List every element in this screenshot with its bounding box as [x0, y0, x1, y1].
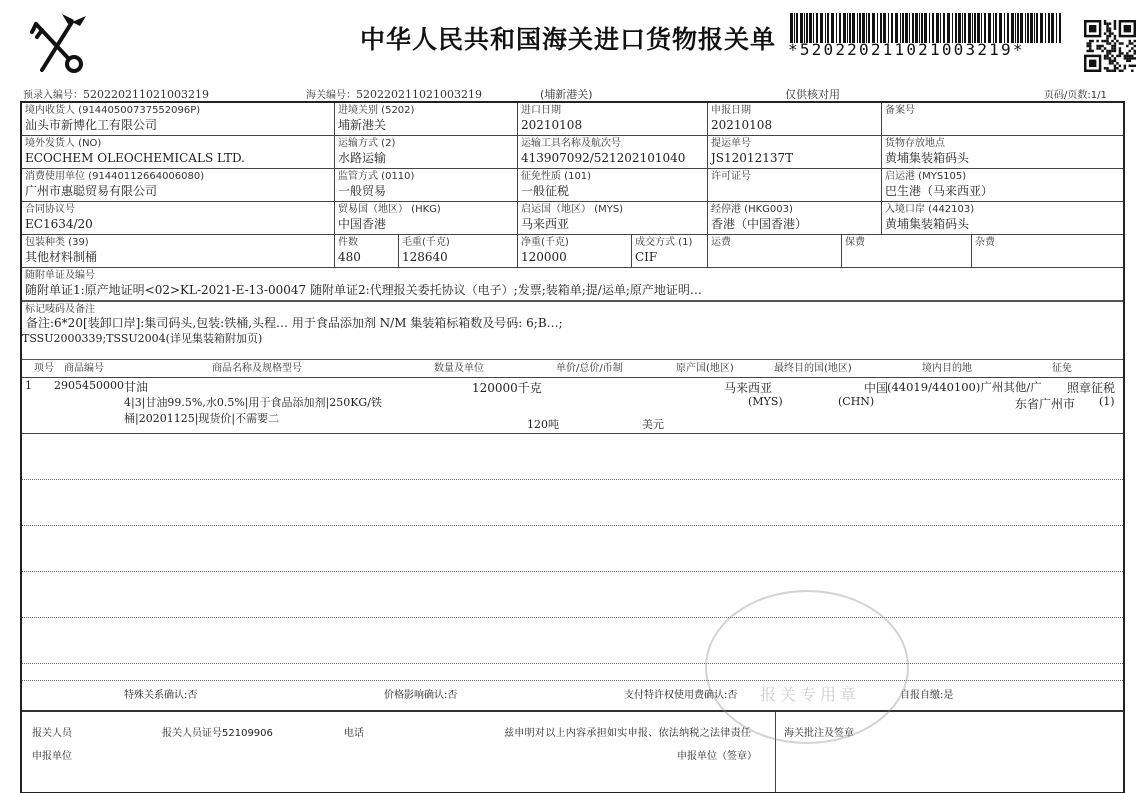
goods-header-cell: 原产国(地区) — [676, 360, 734, 377]
bill-of-lading-cell: 提运单号JS12012137T — [708, 136, 882, 168]
declare-date-label: 申报日期 — [711, 104, 878, 117]
entry-port-cell: 入境口岸 (442103)黄埔集装箱码头 — [882, 202, 1123, 234]
goods-empty-row — [22, 618, 1123, 664]
consumer-unit-value: 广州市惠聪贸易有限公司 — [25, 183, 331, 200]
item-name: 甘油 — [124, 378, 148, 395]
declaring-unit-seal: 申报单位（签章） — [677, 747, 757, 762]
import-date-value: 20210108 — [521, 117, 704, 134]
item-qty-declared: 120吨 — [527, 416, 559, 432]
stamp-text: 报关专用章 — [760, 682, 860, 705]
levy-nature-cell: 征免性质 (101)一般征税 — [518, 169, 708, 201]
stopover-port-value: 香港（中国香港） — [711, 216, 878, 233]
goods-header-cell: 项号 — [34, 360, 54, 377]
trade-country-label: 贸易国（地区） (HKG) — [338, 203, 514, 216]
departure-country-label: 启运国（地区） (MYS) — [521, 203, 704, 216]
goods-header-cell: 商品名称及规格型号 — [212, 360, 302, 377]
consignee-label: 境内收货人 (91440500737552096P) — [25, 104, 331, 117]
levy-nature-value: 一般征税 — [521, 183, 704, 200]
record-no-label: 备案号 — [885, 104, 1120, 117]
stopover-port-cell: 经停港 (HKG003)香港（中国香港） — [708, 202, 882, 234]
entry-customs-cell: 进境关别 (5202)埔新港关 — [335, 103, 518, 135]
item-origin: 马来西亚 — [724, 379, 772, 396]
stopover-port-label: 经停港 (HKG003) — [711, 203, 878, 216]
misc-fee-cell: 杂费 — [972, 235, 1123, 267]
item-code: 2905450000 — [54, 379, 124, 392]
marks-line-1: 备注:6*20[装卸口岸]:集司码头,包装:铁桶,头程… 用于食品添加剂 N/M… — [22, 316, 1123, 331]
consumer-unit-cell: 消费使用单位 (91440112664006080)广州市惠聪贸易有限公司 — [22, 169, 335, 201]
item-currency: 美元 — [642, 416, 664, 432]
vessel-voyage-value: 413907092/521202101040 — [521, 150, 704, 167]
special-relation-confirm: 特殊关系确认:否 — [124, 681, 384, 710]
contract-no-cell: 合同协议号EC1634/20 — [22, 202, 335, 234]
item-origin-code: (MYS) — [748, 395, 783, 408]
attached-docs-row: 随附单证及编号随附单证1:原产地证明<02>KL-2021-E-13-00047… — [22, 268, 1123, 302]
goods-empty-row — [22, 434, 1123, 480]
transaction-mode-cell: 成交方式 (1)CIF — [632, 235, 708, 267]
supervision-mode-label: 监管方式 (0110) — [338, 170, 514, 183]
overseas-shipper-cell: 境外发货人 (NO)ECOCHEM OLEOCHEMICALS LTD. — [22, 136, 335, 168]
contract-no-label: 合同协议号 — [25, 203, 331, 216]
record-no-cell: 备案号 — [882, 103, 1123, 135]
license-no-label: 许可证号 — [711, 170, 878, 183]
trade-country-value: 中国香港 — [338, 216, 514, 233]
departure-port-cell: 启运港 (MYS105)巴生港（马来西亚） — [882, 169, 1123, 201]
attached-docs-value: 随附单证1:原产地证明<02>KL-2021-E-13-00047 随附单证2:… — [25, 282, 1120, 299]
pieces-cell: 件数480 — [335, 235, 399, 267]
vessel-voyage-cell: 运输工具名称及航次号413907092/521202101040 — [518, 136, 708, 168]
document-title: 中华人民共和国海关进口货物报关单 — [360, 20, 776, 56]
form-row: 消费使用单位 (91440112664006080)广州市惠聪贸易有限公司监管方… — [22, 169, 1123, 202]
declaration-form: 境内收货人 (91440500737552096P)汕头市新博化工有限公司进境关… — [20, 101, 1125, 793]
phone-label: 电话 — [344, 724, 364, 739]
form-row-package: 包装种类 (39)其他材料制桶 件数480 毛重(千克)128640 净重(千克… — [22, 235, 1123, 268]
item-levy-code: (1) — [1099, 395, 1115, 408]
freight-cell: 运费 — [708, 235, 842, 267]
entry-port-label: 入境口岸 (442103) — [885, 203, 1120, 216]
page-indicator: 页码/页数:1/1 — [1044, 86, 1107, 101]
consumer-unit-label: 消费使用单位 (91440112664006080) — [25, 170, 331, 183]
self-report-confirm: 自报自缴:是 — [900, 681, 953, 710]
barcode-icon — [790, 13, 1062, 43]
departure-port-label: 启运港 (MYS105) — [885, 170, 1120, 183]
goods-header-cell: 境内目的地 — [922, 360, 972, 377]
item-dest-country-code: (CHN) — [838, 395, 874, 408]
vessel-voyage-label: 运输工具名称及航次号 — [521, 137, 704, 150]
declarant-label: 报关人员 — [32, 724, 72, 739]
item-domestic-dest-1: (44019/440100)广州其他/广 — [887, 379, 1042, 395]
declaration-statement: 兹申明对以上内容承担如实申报、依法纳税之法律责任 — [504, 724, 751, 739]
supervision-mode-value: 一般贸易 — [338, 183, 514, 200]
pre-entry-number: 预录入编号：520220211021003219 — [23, 86, 209, 101]
supervision-mode-cell: 监管方式 (0110)一般贸易 — [335, 169, 518, 201]
departure-country-value: 马来西亚 — [521, 216, 704, 233]
barcode-number: *520220211021003219* — [788, 40, 1025, 59]
storage-location-label: 货物存放地点 — [885, 137, 1120, 150]
item-no: 1 — [25, 379, 32, 392]
item-dest-country: 中国 — [864, 379, 888, 396]
declare-date-value: 20210108 — [711, 117, 878, 134]
insurance-cell: 保费 — [842, 235, 972, 267]
goods-empty-row — [22, 572, 1123, 618]
item-qty-legal: 120000千克 — [472, 379, 542, 396]
overseas-shipper-label: 境外发货人 (NO) — [25, 137, 331, 150]
bill-of-lading-value: JS12012137T — [711, 150, 878, 167]
item-spec-line-1: 4|3|甘油99.5%,水0.5%|用于食品添加剂|250KG/铁 — [124, 394, 382, 410]
transport-mode-value: 水路运输 — [338, 150, 514, 167]
transport-mode-cell: 运输方式 (2)水路运输 — [335, 136, 518, 168]
goods-empty-row — [22, 480, 1123, 526]
departure-port-value: 巴生港（马来西亚） — [885, 183, 1120, 200]
entry-customs-value: 埔新港关 — [338, 117, 514, 134]
customs-emblem-icon — [28, 12, 90, 76]
item-domestic-dest-2: 东省广州市 — [1015, 395, 1075, 412]
customs-stamp — [705, 590, 909, 744]
goods-empty-row — [22, 526, 1123, 572]
footer-section: 报关人员 报关人员证号52109906 电话 兹申明对以上内容承担如实申报、依法… — [22, 712, 1123, 792]
import-date-cell: 进口日期20210108 — [518, 103, 708, 135]
declaring-unit-label: 申报单位 — [32, 747, 72, 762]
marks-line-2: TSSU2000339;TSSU2004(详见集装箱附加页) — [22, 331, 1123, 346]
bill-of-lading-label: 提运单号 — [711, 137, 878, 150]
overseas-shipper-value: ECOCHEM OLEOCHEMICALS LTD. — [25, 150, 331, 167]
goods-item-row: 1 2905450000 甘油 4|3|甘油99.5%,水0.5%|用于食品添加… — [22, 378, 1123, 434]
goods-header-cell: 单价/总价/币制 — [556, 360, 623, 377]
price-influence-confirm: 价格影响确认:否 — [384, 681, 624, 710]
marks-row: 标记唛码及备注 备注:6*20[装卸口岸]:集司码头,包装:铁桶,头程… 用于食… — [22, 302, 1123, 360]
import-date-label: 进口日期 — [521, 104, 704, 117]
gross-weight-cell: 毛重(千克)128640 — [399, 235, 518, 267]
item-spec-line-2: 桶|20201125|现货价|不需要二 — [124, 410, 279, 426]
trade-country-cell: 贸易国（地区） (HKG)中国香港 — [335, 202, 518, 234]
item-levy: 照章征税 — [1067, 379, 1115, 396]
entry-port-value: 黄埔集装箱码头 — [885, 216, 1120, 233]
goods-header-cell: 数量及单位 — [434, 360, 484, 377]
form-row: 合同协议号EC1634/20贸易国（地区） (HKG)中国香港启运国（地区） (… — [22, 202, 1123, 235]
storage-location-cell: 货物存放地点黄埔集装箱码头 — [882, 136, 1123, 168]
goods-header-cell: 征免 — [1052, 360, 1072, 377]
goods-table-header: 项号商品编号商品名称及规格型号数量及单位单价/总价/币制原产国(地区)最终目的国… — [22, 360, 1123, 378]
license-no-cell: 许可证号 — [708, 169, 882, 201]
goods-header-cell: 最终目的国(地区) — [774, 360, 852, 377]
qr-code-icon — [1084, 18, 1136, 74]
confirmation-row: 特殊关系确认:否 价格影响确认:否 支付特许权使用费确认:否 自报自缴:是 — [22, 681, 1123, 712]
verification-note: 仅供核对用 — [785, 86, 840, 102]
storage-location-value: 黄埔集装箱码头 — [885, 150, 1120, 167]
departure-country-cell: 启运国（地区） (MYS)马来西亚 — [518, 202, 708, 234]
goods-header-cell: 商品编号 — [64, 360, 104, 377]
declare-date-cell: 申报日期20210108 — [708, 103, 882, 135]
form-row: 境内收货人 (91440500737552096P)汕头市新博化工有限公司进境关… — [22, 103, 1123, 136]
declarant-cert: 报关人员证号52109906 — [162, 724, 273, 739]
goods-empty-row — [22, 664, 1123, 681]
consignee-value: 汕头市新博化工有限公司 — [25, 117, 331, 134]
net-weight-cell: 净重(千克)120000 — [518, 235, 632, 267]
contract-no-value: EC1634/20 — [25, 216, 331, 233]
form-row: 境外发货人 (NO)ECOCHEM OLEOCHEMICALS LTD.运输方式… — [22, 136, 1123, 169]
entry-customs-label: 进境关别 (5202) — [338, 104, 514, 117]
transport-mode-label: 运输方式 (2) — [338, 137, 514, 150]
package-type-cell: 包装种类 (39)其他材料制桶 — [22, 235, 335, 267]
levy-nature-label: 征免性质 (101) — [521, 170, 704, 183]
customs-office: (埔新港关) — [540, 86, 593, 102]
consignee-cell: 境内收货人 (91440500737552096P)汕头市新博化工有限公司 — [22, 103, 335, 135]
customs-number: 海关编号：520220211021003219 — [306, 86, 482, 101]
